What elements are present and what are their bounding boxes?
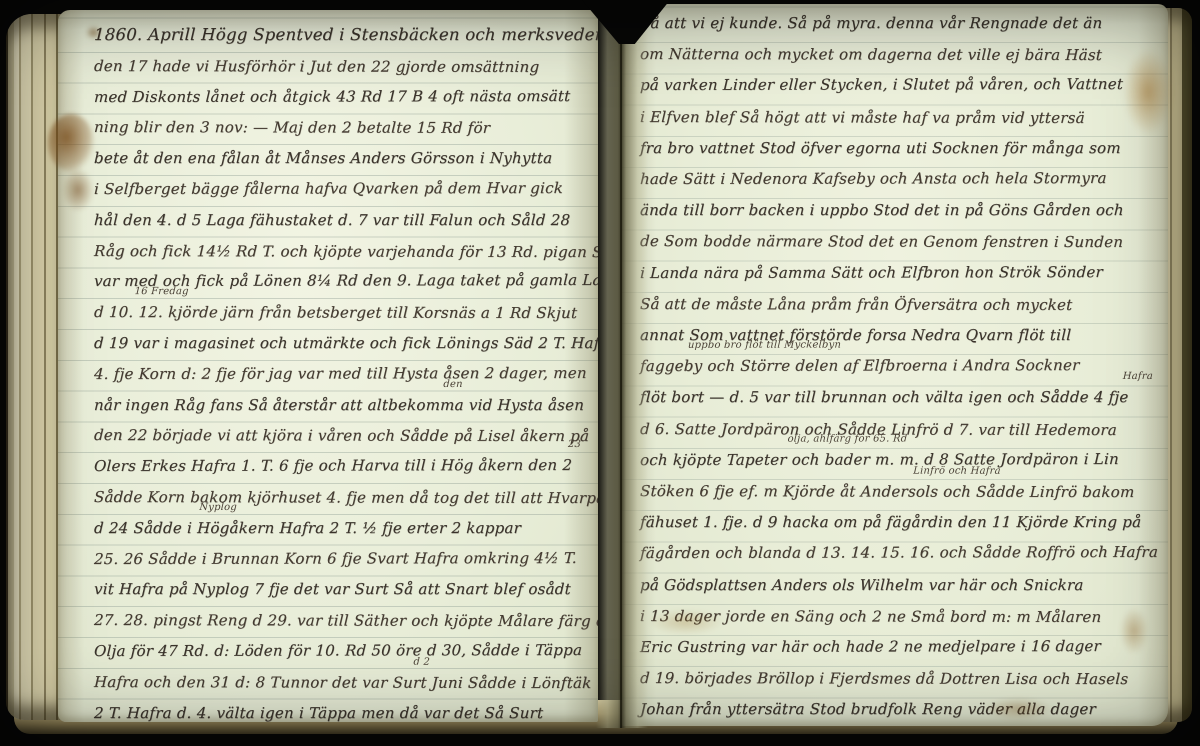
handwritten-line: Sådde Korn bakom kjörhuset 4. fje men då…	[93, 482, 592, 514]
handwritten-line-text: 1860. Aprill Högg Spentved i Stensbäcken…	[94, 25, 598, 44]
handwritten-line: Så att de måste Låna pråm från Öfversätr…	[639, 289, 1164, 321]
handwritten-line: den 22 började vi att kjöra i våren och …	[93, 420, 592, 452]
handwritten-line: d 19. börjades Bröllop i Fjerdsmes då Do…	[639, 663, 1164, 695]
handwritten-line: om Nätterna och mycket om dagerna det vi…	[639, 39, 1164, 71]
handwritten-line-text: fähuset 1. fje. d 9 hacka om på fägårdin…	[640, 513, 1142, 531]
handwritten-line-text: på varken Linder eller Stycken, i Slutet…	[640, 75, 1124, 94]
right-page: Så att vi ej kunde. Så på myra. denna vå…	[622, 4, 1168, 726]
handwritten-line: på Gödsplattsen Anders ols Wilhelm var h…	[639, 570, 1164, 601]
handwritten-line: 2 T. Hafra d. 4. välta igen i Täppa men …	[93, 698, 592, 722]
handwritten-line-text: den 17 hade vi Husförhör i Jut den 22 gj…	[94, 57, 540, 76]
handwritten-line: fähuset 1. fje. d 9 hacka om på fägårdin…	[639, 507, 1164, 538]
left-page-edges	[6, 14, 66, 720]
handwritten-line-text: Hafra och den 31 d: 8 Tunnor det var Sur…	[94, 673, 592, 692]
handwritten-line: ända till borr backen i uppbo Stod det i…	[639, 195, 1164, 226]
handwritten-line: Olja för 47 Rd. d: Löden för 10. Rd 50 ö…	[93, 635, 592, 667]
handwritten-line-text: hål den 4. d 5 Laga fähustaket d. 7 var …	[94, 211, 571, 229]
handwritten-line-text: Sådde Korn bakom kjörhuset 4. fje men då…	[94, 488, 598, 507]
handwritten-line-text: bete åt den ena fålan åt Månses Anders G…	[94, 149, 553, 167]
handwritten-line: fägården och blanda d 13. 14. 15. 16. oc…	[639, 537, 1164, 569]
handwritten-line-text: Olja för 47 Rd. d: Löden för 10. Rd 50 ö…	[94, 641, 583, 660]
handwritten-line-text: Eric Gustring var här och hade 2 ne medj…	[640, 637, 1102, 656]
interlinear-note: 23	[568, 440, 582, 450]
handwritten-line: med Diskonts lånet och åtgick 43 Rd 17 B…	[93, 81, 592, 113]
right-page-text: Så att vi ej kunde. Så på myra. denna vå…	[640, 8, 1164, 726]
handwritten-line: bete åt den ena fålan åt Månses Anders G…	[93, 143, 592, 174]
handwritten-line: i Landa nära på Samma Sätt och Elfbron h…	[639, 257, 1164, 289]
handwritten-line-text: Så att de måste Låna pråm från Öfversätr…	[640, 295, 1073, 314]
handwritten-line-text: på Gödsplattsen Anders ols Wilhelm var h…	[640, 576, 1084, 594]
handwritten-line: den 17 hade vi Husförhör i Jut den 22 gj…	[93, 51, 592, 83]
handwritten-line: i Elfven blef Så högt att vi måste haf v…	[639, 102, 1164, 134]
handwritten-line-text: 27. 28. pingst Reng d 29. var till Säthe…	[94, 611, 598, 630]
handwritten-line-text: ning blir den 3 nov: — Maj den 2 betalte…	[94, 118, 491, 137]
handwritten-line-text: når ingen Råg fans Så återstår att altbe…	[94, 396, 585, 414]
handwritten-line: Johan från yttersätra Stod brudfolk Reng…	[639, 694, 1164, 725]
handwritten-line-text: 25. 26 Sådde i Brunnan Korn 6 fje Svart …	[94, 549, 578, 568]
handwritten-line: hål den 4. d 5 Laga fähustaket d. 7 var …	[93, 205, 592, 236]
handwritten-line: d 19 var i magasinet och utmärkte och fi…	[93, 328, 592, 359]
handwritten-line-text: fra bro vattnet Stod öfver egorna uti So…	[640, 139, 1121, 157]
handwritten-line-text: i Landa nära på Samma Sätt och Elfbron h…	[640, 263, 1104, 282]
interlinear-note: den	[443, 380, 463, 390]
handwritten-line-text: Råg och fick 14½ Rd T. och kjöpte varjeh…	[94, 242, 598, 261]
handwritten-line-text: Johan från yttersätra Stod brudfolk Reng…	[640, 700, 1097, 718]
handwritten-line-text: om Nätterna och mycket om dagerna det vi…	[640, 45, 1103, 64]
handwritten-line-text: ända till borr backen i uppbo Stod det i…	[640, 201, 1124, 219]
handwritten-line: Så att vi ej kunde. Så på myra. denna vå…	[639, 8, 1164, 39]
handwritten-line-text: hade Sätt i Nedenora Kafseby och Ansta o…	[640, 169, 1107, 188]
handwritten-line: når ingen Råg fans Så återstår att altbe…	[93, 390, 592, 421]
handwritten-line: Eric Gustring var här och hade 2 ne medj…	[639, 631, 1164, 663]
left-page-text: 1860. Aprill Högg Spentved i Stensbäcken…	[94, 20, 592, 722]
handwritten-line: Olers Erkes Hafra 1. T. 6 fje och Harva …	[93, 450, 592, 482]
handwritten-line-text: 2 T. Hafra d. 4. välta igen i Täppa men …	[94, 704, 544, 722]
handwritten-line-text: Olers Erkes Hafra 1. T. 6 fje och Harva …	[94, 456, 573, 475]
handwritten-line: 25. 26 Sådde i Brunnan Korn 6 fje Svart …	[93, 543, 592, 575]
interlinear-note: Hafra	[1123, 372, 1153, 382]
handwritten-line: 4. fje Korn d: 2 fje för jag var med til…	[93, 358, 592, 390]
photograph-background: 1860. Aprill Högg Spentved i Stensbäcken…	[0, 0, 1200, 746]
handwritten-line-text: flöt bort — d. 5 var till brunnan och vä…	[640, 388, 1129, 406]
handwritten-line: vit Hafra på Nyplog 7 fje det var Surt S…	[93, 574, 592, 605]
handwritten-line-text: fägården och blanda d 13. 14. 15. 16. oc…	[640, 543, 1159, 562]
handwritten-line: Stöken 6 fje ef. m Kjörde åt Andersols o…	[639, 476, 1164, 508]
handwritten-line: de Som bodde närmare Stod det en Genom f…	[639, 226, 1164, 258]
handwritten-line: ning blir den 3 nov: — Maj den 2 betalte…	[93, 112, 592, 144]
handwritten-line-text: d 10. 12. kjörde järn från betsberget ti…	[94, 303, 578, 322]
handwritten-line-text: den 22 började vi att kjöra i våren och …	[94, 426, 590, 445]
handwritten-line: flöt bort — d. 5 var till brunnan och vä…	[639, 382, 1164, 413]
handwritten-line: 27. 28. pingst Reng d 29. var till Säthe…	[93, 605, 592, 637]
interlinear-note: Nyplog	[199, 503, 237, 513]
handwritten-line-text: med Diskonts lånet och åtgick 43 Rd 17 B…	[94, 87, 571, 106]
handwritten-line: Hafra och den 31 d: 8 Tunnor det var Sur…	[93, 667, 592, 699]
interlinear-note: uppbo bro flöt till Myckelbyn	[688, 341, 841, 351]
handwritten-line: och kjöpte Tapeter och bader m. m. d 8 S…	[639, 444, 1164, 476]
handwritten-line-text: och kjöpte Tapeter och bader m. m. d 8 S…	[640, 450, 1120, 469]
handwritten-line-text: i Elfven blef Så högt att vi måste haf v…	[640, 108, 1085, 127]
handwritten-line-text: faggeby och Större delen af Elfbroerna i…	[640, 356, 1080, 375]
handwritten-line: faggeby och Större delen af Elfbroerna i…	[639, 350, 1164, 382]
handwritten-line: d 24 Sådde i Högåkern Hafra 2 T. ½ fje e…	[93, 513, 592, 544]
handwritten-line-text: d 19. börjades Bröllop i Fjerdsmes då Do…	[640, 669, 1129, 688]
handwritten-line-text: i Selfberget bägge fålerna hafva Qvarken…	[94, 179, 564, 198]
handwritten-line-text: d 19 var i magasinet och utmärkte och fi…	[94, 334, 598, 352]
handwritten-line-text: i 13 dager jorde en Säng och 2 ne Små bo…	[640, 607, 1102, 626]
handwritten-line: i 13 dager jorde en Säng och 2 ne Små bo…	[639, 601, 1164, 633]
handwritten-line-text: 4. fje Korn d: 2 fje för jag var med til…	[94, 364, 588, 383]
interlinear-note: Linfrö och Hafra	[913, 467, 1001, 477]
handwritten-line-text: vit Hafra på Nyplog 7 fje det var Surt S…	[94, 580, 572, 598]
handwritten-line: Råg och fick 14½ Rd T. och kjöpte varjeh…	[93, 236, 592, 268]
handwritten-line-text: Så att vi ej kunde. Så på myra. denna vå…	[640, 14, 1103, 32]
interlinear-note: d 2	[413, 657, 430, 667]
interlinear-note: olja, ahlfärg för 65. Rd	[787, 434, 907, 444]
handwritten-line: i Selfberget bägge fålerna hafva Qvarken…	[93, 173, 592, 205]
handwritten-line: hade Sätt i Nedenora Kafseby och Ansta o…	[639, 163, 1164, 195]
handwritten-line-text: de Som bodde närmare Stod det en Genom f…	[640, 232, 1124, 251]
handwritten-line: 1860. Aprill Högg Spentved i Stensbäcken…	[93, 20, 592, 51]
handwritten-line: d 10. 12. kjörde järn från betsberget ti…	[93, 297, 592, 329]
handwritten-line-text: d 24 Sådde i Högåkern Hafra 2 T. ½ fje e…	[94, 519, 522, 537]
handwritten-line-text: Stöken 6 fje ef. m Kjörde åt Andersols o…	[640, 482, 1135, 501]
left-page: 1860. Aprill Högg Spentved i Stensbäcken…	[58, 10, 598, 722]
handwritten-line: på varken Linder eller Stycken, i Slutet…	[639, 69, 1164, 101]
interlinear-note: 16 Fredag	[134, 287, 188, 297]
handwritten-line: fra bro vattnet Stod öfver egorna uti So…	[639, 133, 1164, 164]
